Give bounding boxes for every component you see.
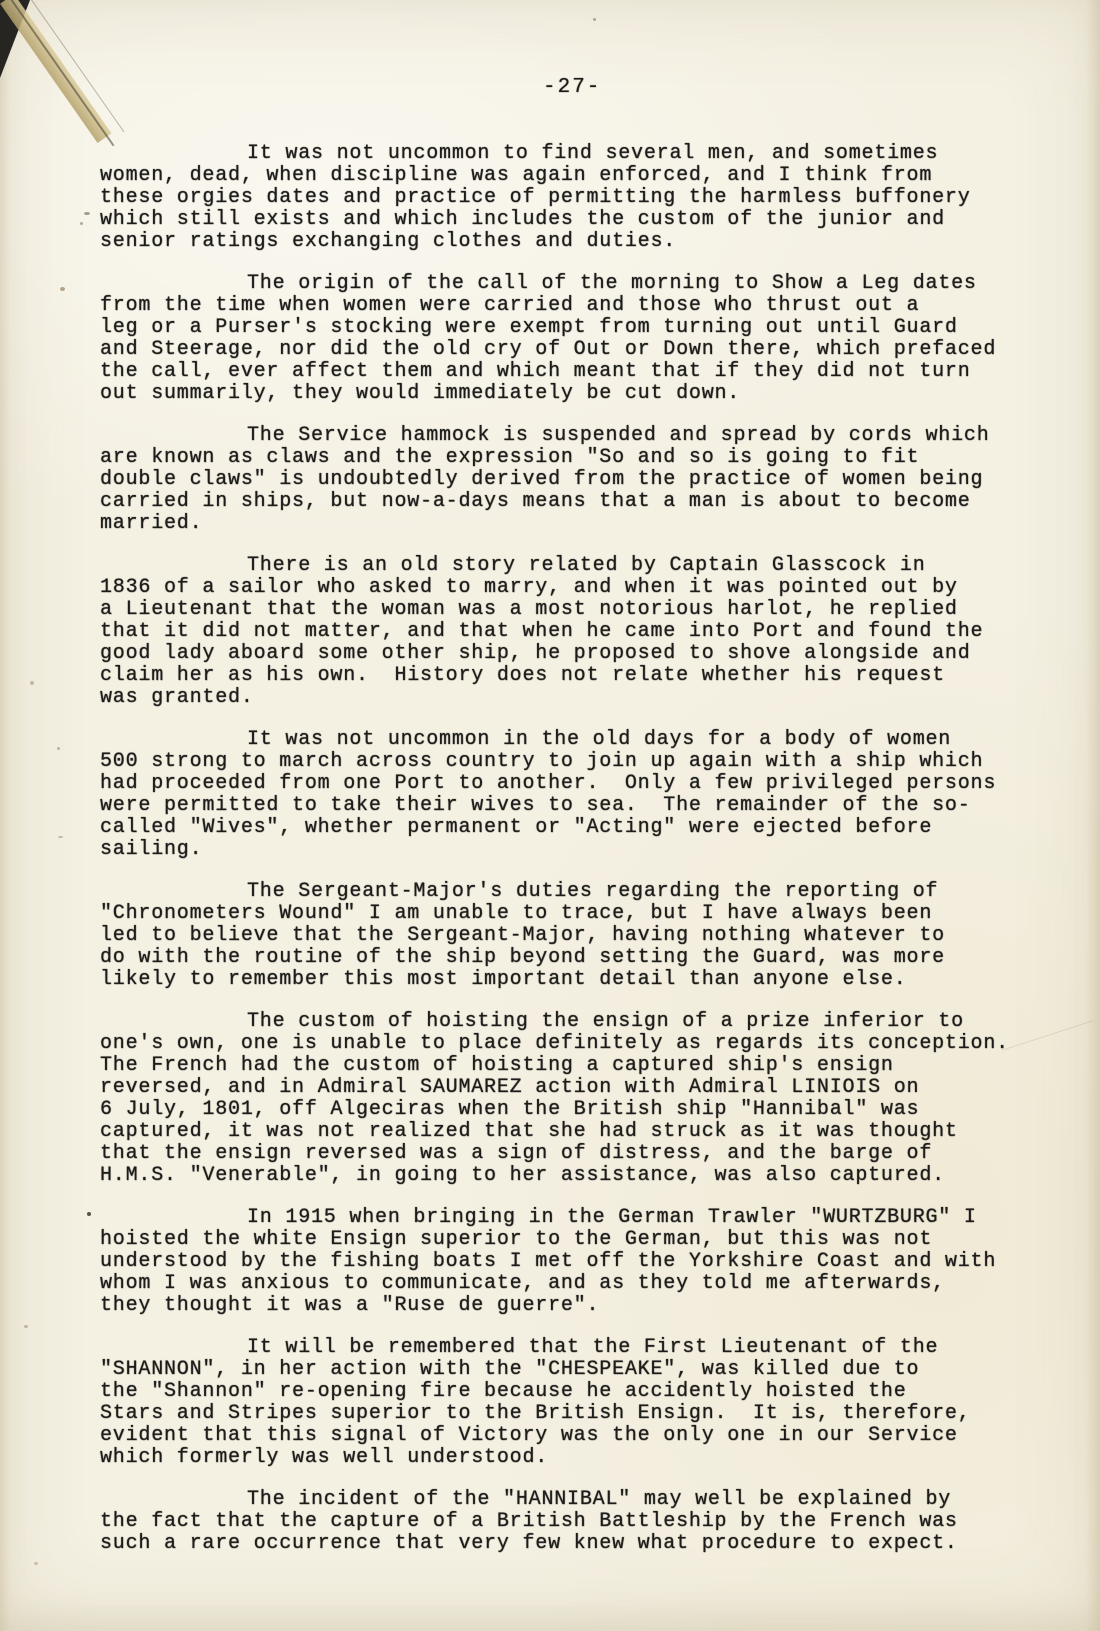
paragraph-4: There is an old story related by Captain… [100,555,1080,709]
paragraph-9: It will be remembered that the First Lie… [100,1337,1080,1469]
paper-right-edge-shading [1086,0,1100,1631]
ink-speck [84,212,90,215]
paragraph-8: In 1915 when bringing in the German Traw… [100,1207,1080,1317]
page-number: -27- [543,76,601,99]
ink-speck [34,1562,38,1565]
document-body: It was not uncommon to find several men,… [100,143,1080,1575]
ink-speck [57,747,60,750]
paper-left-edge-shading [0,0,10,1631]
paragraph-3: The Service hammock is suspended and spr… [100,425,1080,535]
ink-speck [87,1212,91,1216]
ink-speck [30,681,34,685]
ink-speck [60,287,65,291]
paragraph-7: The custom of hoisting the ensign of a p… [100,1011,1080,1187]
document-page: -27- It was not uncommon to find several… [0,0,1100,1631]
ink-speck [80,222,83,225]
paragraph-6: The Sergeant-Major's duties regarding th… [100,881,1080,991]
ink-speck [58,836,63,838]
paragraph-1: It was not uncommon to find several men,… [100,143,1080,253]
paragraph-5: It was not uncommon in the old days for … [100,729,1080,861]
ink-speck [593,18,596,21]
paragraph-10: The incident of the "HANNIBAL" may well … [100,1489,1080,1555]
paragraph-2: The origin of the call of the morning to… [100,273,1080,405]
ink-speck [24,1325,28,1328]
